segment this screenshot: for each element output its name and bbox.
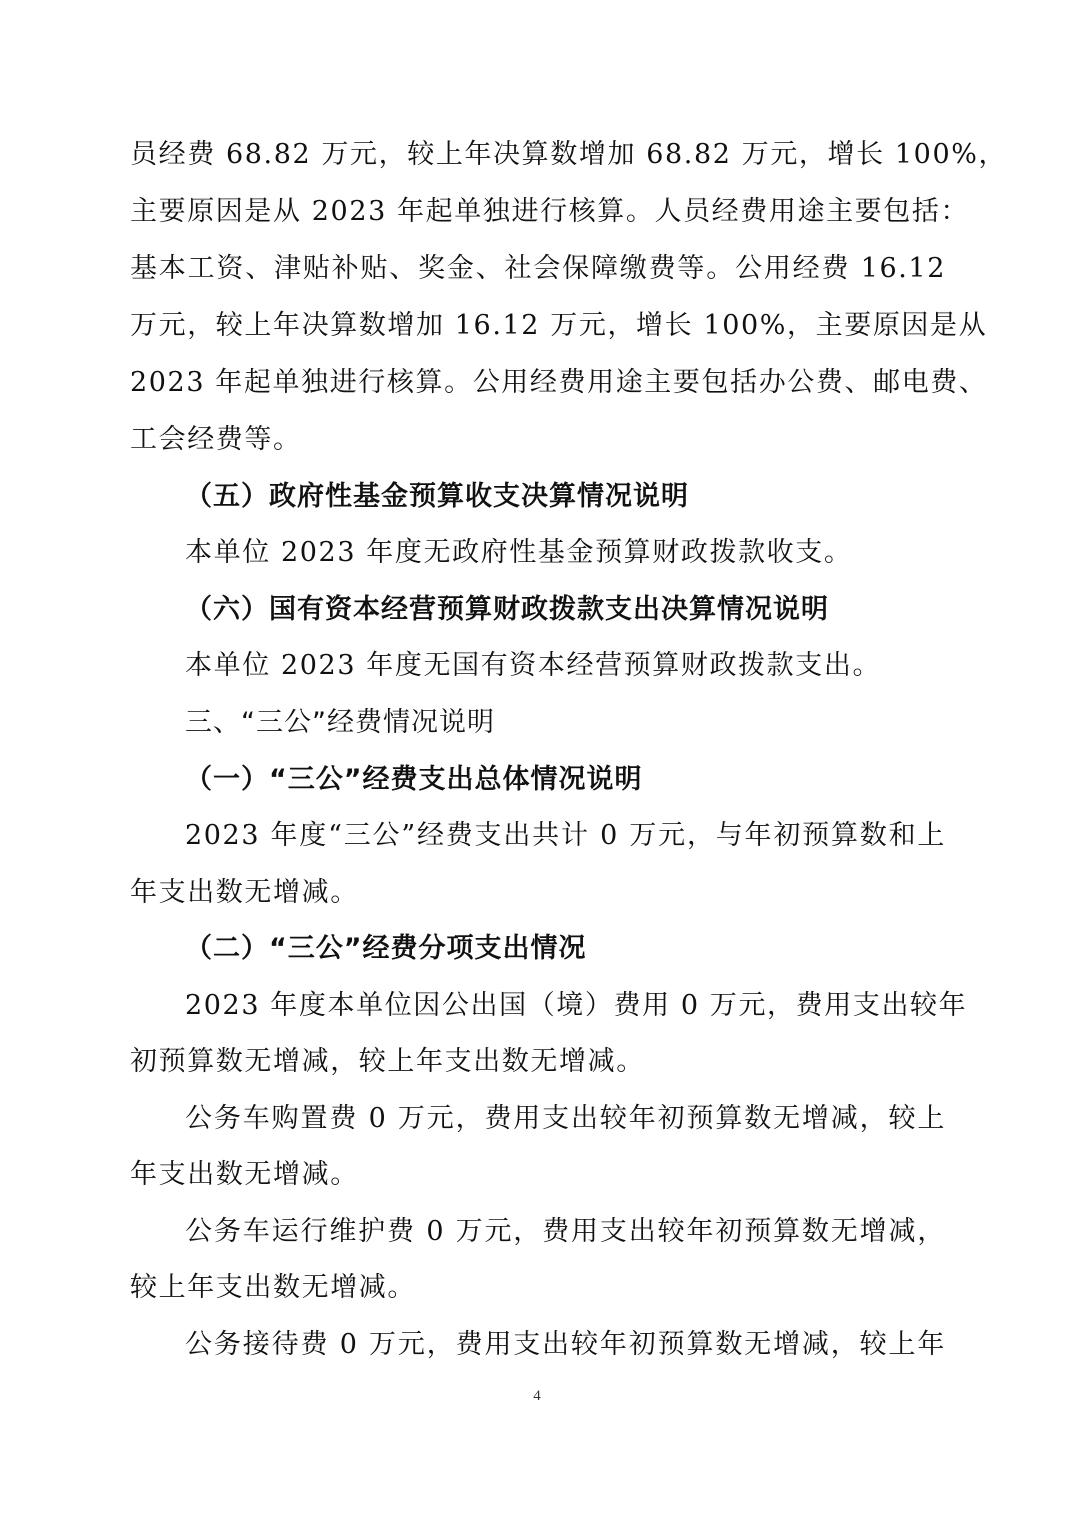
section-heading-government-fund: （五）政府性基金预算收支决算情况说明 bbox=[185, 477, 946, 517]
paragraph-line: 公务接待费 0 万元，费用支出较年初预算数无增减，较上年 bbox=[185, 1325, 946, 1365]
paragraph-line: 工会经费等。 bbox=[130, 420, 946, 460]
section-heading-state-capital: （六）国有资本经营预算财政拨款支出决算情况说明 bbox=[185, 590, 946, 630]
paragraph-line: 初预算数无增减，较上年支出数无增减。 bbox=[130, 1042, 946, 1082]
paragraph-line: 本单位 2023 年度无国有资本经营预算财政拨款支出。 bbox=[185, 646, 946, 686]
paragraph-line: 主要原因是从 2023 年起单独进行核算。人员经费用途主要包括： bbox=[130, 192, 946, 232]
paragraph-line: 2023 年起单独进行核算。公用经费用途主要包括办公费、邮电费、 bbox=[130, 363, 946, 403]
paragraph-line: 公务车运行维护费 0 万元，费用支出较年初预算数无增减， bbox=[185, 1212, 946, 1252]
paragraph-line: 较上年支出数无增减。 bbox=[130, 1268, 946, 1308]
document-page: 员经费 68.82 万元，较上年决算数增加 68.82 万元，增长 100%， … bbox=[0, 0, 1074, 1520]
paragraph-line: 年支出数无增减。 bbox=[130, 873, 946, 913]
chapter-heading-three-public: 三、“三公”经费情况说明 bbox=[185, 703, 946, 743]
paragraph-line: 万元，较上年决算数增加 16.12 万元，增长 100%，主要原因是从 bbox=[130, 306, 946, 346]
paragraph-line: 年支出数无增减。 bbox=[130, 1155, 946, 1195]
paragraph-line: 公务车购置费 0 万元，费用支出较年初预算数无增减，较上 bbox=[185, 1099, 946, 1139]
section-heading-itemized: （二）“三公”经费分项支出情况 bbox=[185, 929, 946, 969]
paragraph-line: 员经费 68.82 万元，较上年决算数增加 68.82 万元，增长 100%， bbox=[130, 135, 946, 175]
page-number: 4 bbox=[0, 1388, 1074, 1405]
paragraph-line: 基本工资、津贴补贴、奖金、社会保障缴费等。公用经费 16.12 bbox=[130, 249, 946, 289]
paragraph-line: 2023 年度“三公”经费支出共计 0 万元，与年初预算数和上 bbox=[185, 816, 946, 856]
paragraph-line: 2023 年度本单位因公出国（境）费用 0 万元，费用支出较年 bbox=[185, 986, 946, 1026]
section-heading-overall: （一）“三公”经费支出总体情况说明 bbox=[185, 760, 946, 800]
paragraph-line: 本单位 2023 年度无政府性基金预算财政拨款收支。 bbox=[185, 533, 946, 573]
